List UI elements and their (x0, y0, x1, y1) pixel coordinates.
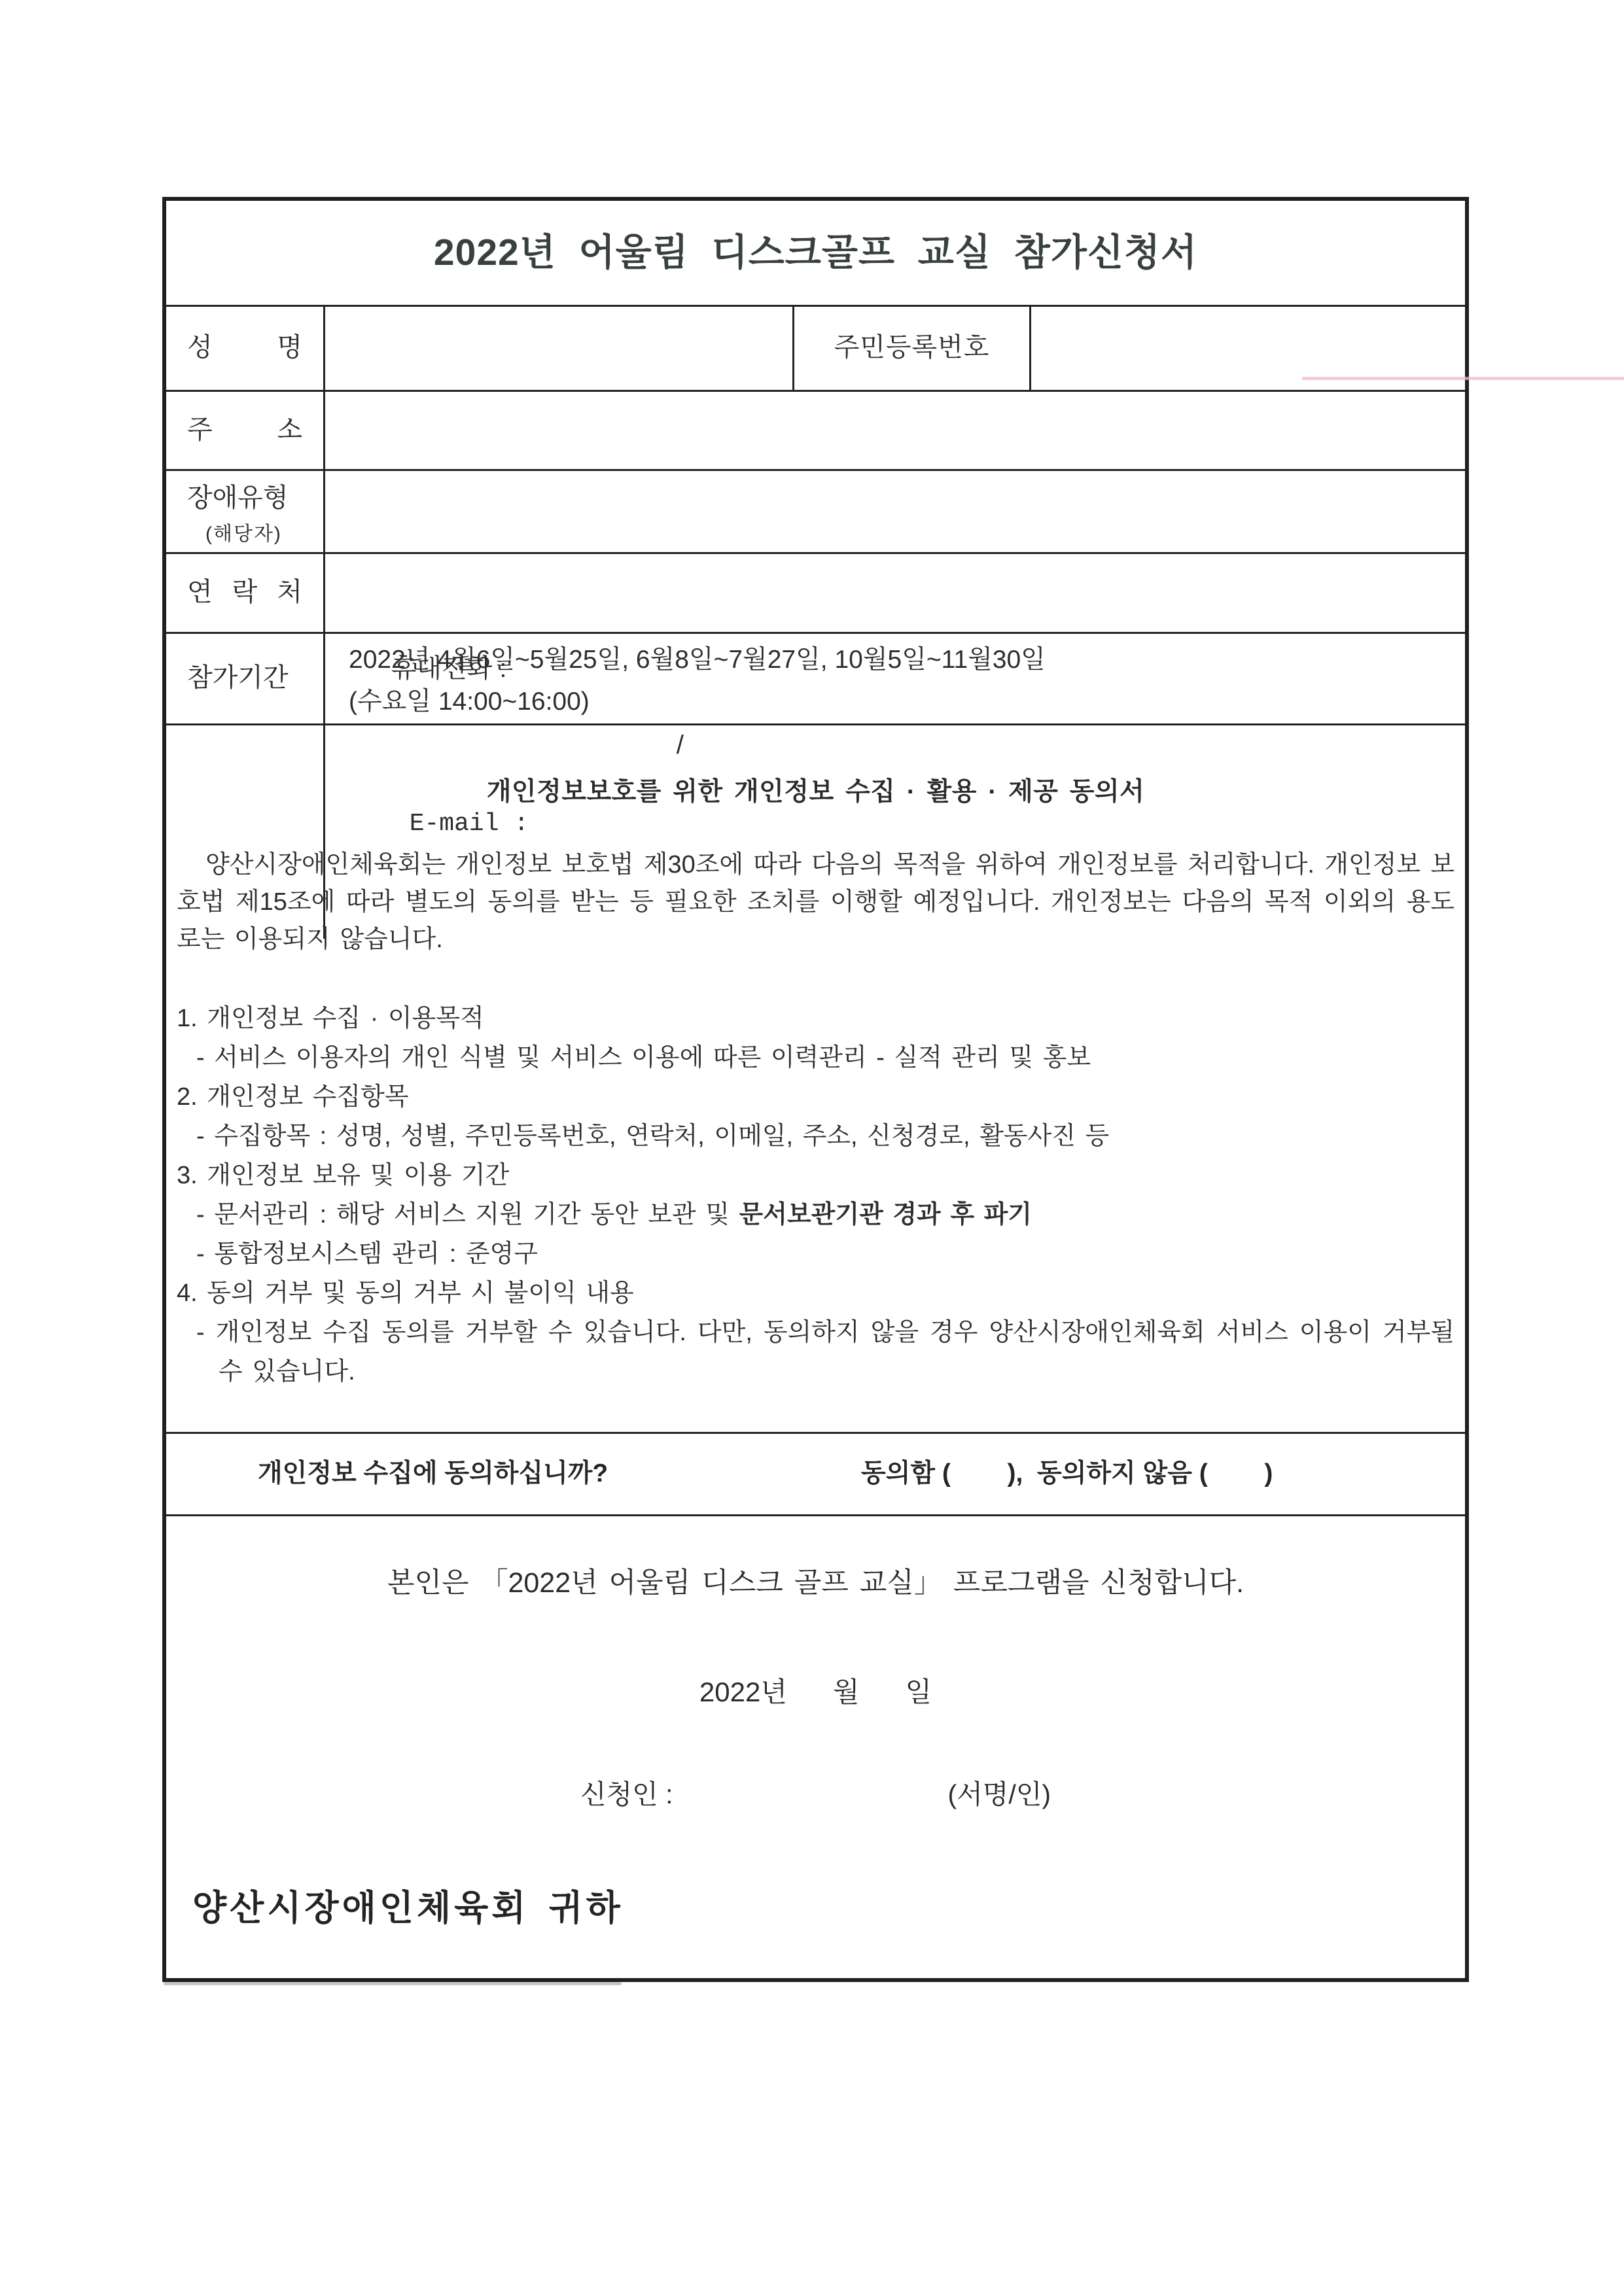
privacy-item-3a-normal: - 문서관리 : 해당 서비스 지원 기간 동안 보관 및 (196, 1201, 739, 1228)
privacy-item-1: 1. 개인정보 수집 · 이용목적 (177, 999, 1455, 1038)
privacy-item-1a: - 서비스 이용자의 개인 식별 및 서비스 이용에 따른 이력관리 - 실적 … (177, 1038, 1455, 1077)
disability-label: 장애유형 (해당자) (166, 471, 325, 552)
disability-label-line1: 장애유형 (187, 478, 302, 518)
privacy-item-3: 3. 개인정보 보유 및 이용 기간 (177, 1156, 1455, 1195)
period-dates: 2022년 4월6일~5월25일, 6월8일~7월27일, 10월5일~11월3… (349, 639, 1465, 681)
application-form-table: 2022년 어울림 디스크골프 교실 참가신청서 성 명 주민등록번호 주 소 … (162, 197, 1469, 1982)
disability-label-line2: (해당자) (187, 518, 302, 551)
scanned-application-form-page: { "form": { "title": "2022년 어울림 디스크골프 교실… (0, 0, 1624, 2296)
applicant-label[interactable]: 신청인 : (580, 1773, 673, 1811)
consent-answer-options[interactable]: 동의함 ( ), 동의하지 않음 ( ) (861, 1434, 1273, 1513)
address-input-cell[interactable] (325, 392, 1465, 469)
resident-number-label: 주민등록번호 (794, 307, 1031, 390)
signer-line: 신청인 : (서명/인) (166, 1773, 1465, 1811)
application-date: 2022년 월 일 (166, 1671, 1465, 1710)
scan-artifact-pink-line (1302, 377, 1624, 380)
signature-seal-label: (서명/인) (948, 1773, 1051, 1811)
privacy-intro-paragraph: 양산시장애인체육회는 개인정보 보호법 제30조에 따라 다음의 목적을 위하여… (177, 846, 1455, 958)
name-label: 성 명 (166, 307, 325, 390)
privacy-item-2: 2. 개인정보 수집항목 (177, 1077, 1455, 1117)
consent-row: 개인정보 수집에 동의하십니까? 동의함 ( ), 동의하지 않음 ( ) (166, 1434, 1465, 1516)
disability-input-cell[interactable] (325, 471, 1465, 552)
privacy-item-3a: - 문서관리 : 해당 서비스 지원 기간 동안 보관 및 문서보관기관 경과 … (177, 1195, 1455, 1234)
name-row: 성 명 주민등록번호 (166, 307, 1465, 392)
contact-row: 연 락 처 휴대전화 : / E-mail : (166, 554, 1465, 634)
period-row: 참가기간 2022년 4월6일~5월25일, 6월8일~7월27일, 10월5일… (166, 634, 1465, 725)
privacy-item-4a: - 개인정보 수집 동의를 거부할 수 있습니다. 다만, 동의하지 않을 경우… (177, 1313, 1455, 1391)
period-value-cell: 2022년 4월6일~5월25일, 6월8일~7월27일, 10월5일~11월3… (325, 634, 1465, 723)
scan-artifact-bottom-smudge (164, 1982, 622, 1985)
address-row: 주 소 (166, 392, 1465, 471)
privacy-item-2a: - 수집항목 : 성명, 성별, 주민등록번호, 연락처, 이메일, 주소, 신… (177, 1117, 1455, 1156)
privacy-content: 개인정보보호를 위한 개인정보 수집 · 활용 · 제공 동의서 양산시장애인체… (166, 725, 1465, 1432)
privacy-item-4: 4. 동의 거부 및 동의 거부 시 불이익 내용 (177, 1274, 1455, 1313)
consent-question: 개인정보 수집에 동의하십니까? (258, 1434, 608, 1513)
period-label: 참가기간 (166, 634, 325, 723)
privacy-item-3b: - 통합정보시스템 관리 : 준영구 (177, 1234, 1455, 1274)
form-title: 2022년 어울림 디스크골프 교실 참가신청서 (166, 201, 1465, 307)
recipient-organization: 양산시장애인체육회 귀하 (192, 1880, 624, 1930)
privacy-section: 개인정보보호를 위한 개인정보 수집 · 활용 · 제공 동의서 양산시장애인체… (166, 725, 1465, 1434)
privacy-item-list: 1. 개인정보 수집 · 이용목적 - 서비스 이용자의 개인 식별 및 서비스… (177, 999, 1455, 1391)
application-statement: 본인은 「2022년 어울림 디스크 골프 교실」 프로그램을 신청합니다. (166, 1561, 1465, 1601)
privacy-heading: 개인정보보호를 위한 개인정보 수집 · 활용 · 제공 동의서 (166, 771, 1465, 808)
period-time: (수요일 14:00~16:00) (349, 681, 1465, 723)
address-label: 주 소 (166, 392, 325, 469)
statement-section: 본인은 「2022년 어울림 디스크 골프 교실」 프로그램을 신청합니다. 2… (166, 1516, 1465, 1976)
name-input-cell[interactable] (325, 307, 794, 390)
disability-row: 장애유형 (해당자) (166, 471, 1465, 554)
privacy-item-3a-bold: 문서보관기관 경과 후 파기 (739, 1201, 1032, 1228)
